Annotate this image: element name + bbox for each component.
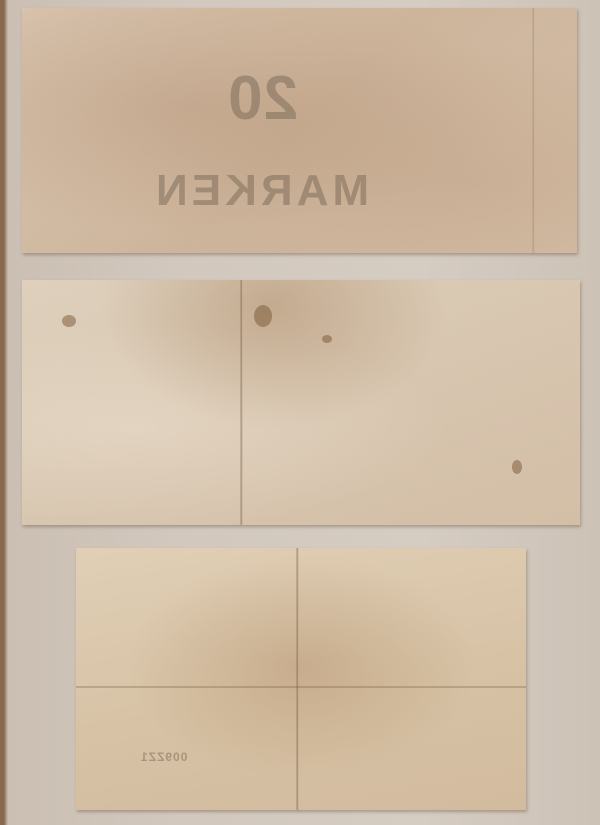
banknote-top: 20 MARKEN (22, 8, 577, 253)
stain (512, 460, 522, 474)
show-through-text: MARKEN (152, 166, 369, 216)
show-through-numeral: 20 (227, 63, 298, 134)
banknote-middle (22, 280, 580, 525)
stain (322, 335, 332, 343)
fold-crease (532, 8, 535, 253)
fold-crease (240, 280, 243, 525)
stain (254, 305, 272, 327)
fold-crease (76, 686, 526, 688)
stain (62, 315, 76, 327)
banknote-bottom: 009ZZ1 (76, 548, 526, 810)
show-through-serial: 009ZZ1 (140, 750, 187, 764)
fold-crease (296, 548, 299, 810)
